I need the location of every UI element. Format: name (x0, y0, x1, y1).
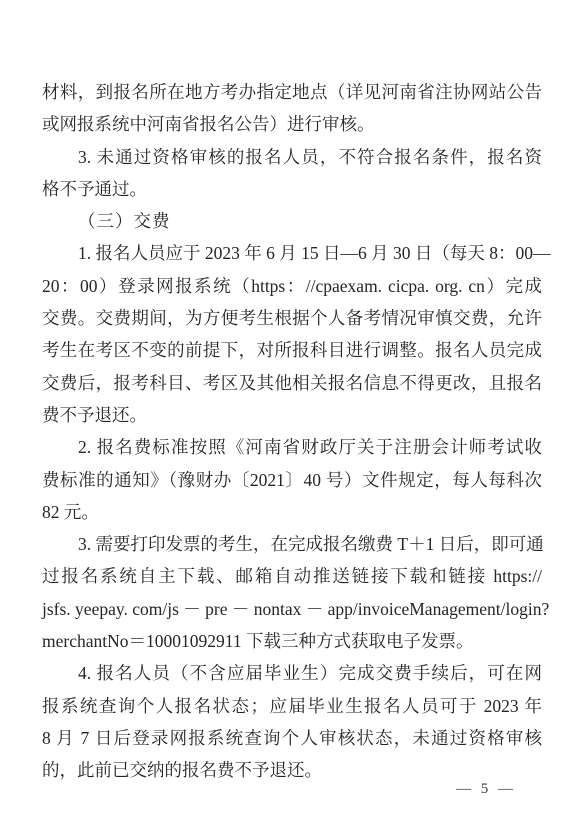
text-line: 1. 报名人员应于 2023 年 6 月 15 日—6 月 30 日（每天 8：… (42, 237, 542, 269)
text-line: 报系统查询个人报名状态；应届毕业生报名人员可于 2023 年 (42, 690, 542, 722)
text-line: jsfs. yeepay. com/js － pre － nontax － ap… (42, 593, 542, 625)
text-line: 交费后，报考科目、考区及其他相关报名信息不得更改，且报名 (42, 367, 542, 399)
text-line: 材料，到报名所在地方考办指定地点（详见河南省注协网站公告 (42, 76, 542, 108)
text-line: 考生在考区不变的前提下，对所报科目进行调整。报名人员完成 (42, 334, 542, 366)
text-line: 82 元。 (42, 496, 542, 528)
text-line: 8 月 7 日后登录网报系统查询个人审核状态，未通过资格审核 (42, 722, 542, 754)
text-line: 2. 报名费标准按照《河南省财政厅关于注册会计师考试收 (42, 431, 542, 463)
document-body: 材料，到报名所在地方考办指定地点（详见河南省注协网站公告或网报系统中河南省报名公… (42, 76, 542, 787)
page-number: — 5 — (456, 776, 516, 802)
text-line: 3. 需要打印发票的考生，在完成报名缴费 T＋1 日后，即可通 (42, 528, 542, 560)
section-heading: （三）交费 (42, 205, 542, 237)
text-line: 交费。交费期间，为方便考生根据个人备考情况审慎交费，允许 (42, 302, 542, 334)
text-line: 或网报系统中河南省报名公告）进行审核。 (42, 108, 542, 140)
text-line: 格不予通过。 (42, 173, 542, 205)
text-line: 过报名系统自主下载、邮箱自动推送链接下载和链接 https:// (42, 560, 542, 592)
text-line: 费标准的通知》（豫财办〔2021〕40 号）文件规定，每人每科次 (42, 464, 542, 496)
text-line: 20：00）登录网报系统（https：//cpaexam. cicpa. org… (42, 270, 542, 302)
text-line: merchantNo＝10001092911 下载三种方式获取电子发票。 (42, 625, 542, 657)
text-line: 费不予退还。 (42, 399, 542, 431)
text-line: 3. 未通过资格审核的报名人员，不符合报名条件，报名资 (42, 141, 542, 173)
text-line: 4. 报名人员（不含应届毕业生）完成交费手续后，可在网 (42, 657, 542, 689)
document-page: 材料，到报名所在地方考办指定地点（详见河南省注协网站公告或网报系统中河南省报名公… (0, 0, 584, 837)
